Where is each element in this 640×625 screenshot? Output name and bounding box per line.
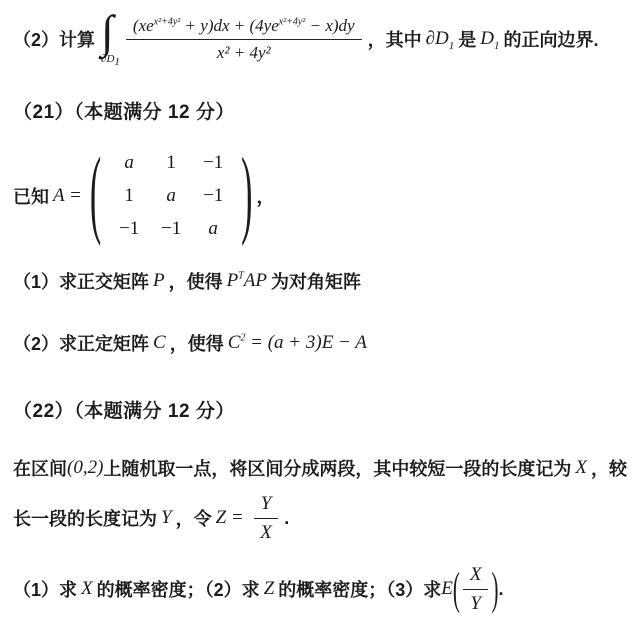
matrix-grid: a 1 −1 1 a −1 −1 −1 a	[108, 152, 234, 240]
problem21-q2-line: （2）求正定矩阵 C ，使得 C2 = (a + 3)E − A	[13, 330, 627, 356]
expectation-left-paren-icon: (	[453, 567, 460, 612]
region-main: D	[480, 28, 494, 49]
left-paren-icon: (	[90, 147, 101, 246]
p22-frac-den-X: X	[260, 519, 272, 544]
p22-Z-equals: Z =	[216, 507, 244, 529]
p20-fraction-denominator: x² + 4y²	[217, 40, 271, 63]
p21-q1-P2: P	[227, 270, 239, 291]
p20-fraction-numerator: (xex²+4y² + y)dx + (4yex²+4y² − x)dy	[126, 16, 362, 40]
problem22-header-line: （22）（本题满分 12 分）	[13, 396, 627, 423]
p20-mid-text: 是	[458, 26, 476, 52]
p21-q1-PTAP: PTAP	[227, 270, 267, 292]
boundary-main: ∂D	[426, 28, 449, 49]
p22-frac-num-Y: Y	[254, 493, 279, 519]
p21-q1-P: P	[153, 270, 165, 292]
p20-label: （2）计算	[13, 26, 95, 52]
region-index: 1	[494, 40, 500, 52]
p22-l1-text-a: 在区间	[13, 455, 67, 481]
p20-region-symbol: D1	[480, 28, 499, 50]
num-exponent2: x²+4y²	[279, 16, 306, 27]
integral-symbol: ∫ ∂D1	[101, 14, 120, 65]
matrix-cell-2-2: a	[208, 218, 218, 240]
p21-q1-AP: AP	[244, 270, 267, 291]
num-part2: + y)dx + (4ye	[180, 16, 278, 35]
boundary-index: 1	[449, 40, 455, 52]
p21-q1-text-b: ，使得	[169, 268, 223, 294]
p21-given-label: 已知	[13, 183, 49, 209]
p22-q-var-Z: Z	[264, 578, 275, 600]
problem22-questions-line: （1）求 X 的概率密度；（2）求 Z 的概率密度；（3）求 E ( X Y )…	[13, 564, 627, 615]
num-exponent1: x²+4y²	[154, 16, 181, 27]
matrix-cell-2-0: −1	[119, 218, 139, 240]
p20-fraction: (xex²+4y² + y)dx + (4yex²+4y² − x)dy x² …	[126, 16, 362, 63]
p21-q2-C: C	[153, 332, 166, 354]
p21-q1-text-c: 为对角矩阵	[271, 268, 361, 294]
problem21-header-line: （21）（本题满分 12 分）	[13, 97, 627, 124]
matrix-cell-1-1: a	[166, 185, 176, 207]
p22-var-X: X	[575, 457, 587, 479]
num-part1: (xe	[133, 16, 154, 35]
p22-fraction-YX: Y X	[254, 493, 279, 544]
integral-sub-index: 1	[114, 56, 120, 68]
matrix-cell-1-2: −1	[203, 185, 223, 207]
problem22-header: （22）（本题满分 12 分）	[13, 396, 235, 423]
p21-q2-C2: C	[228, 332, 241, 353]
num-part3: − x)dy	[305, 16, 354, 35]
exam-page: （2）计算 ∫ ∂D1 (xex²+4y² + y)dx + (4yex²+4y…	[0, 0, 640, 625]
problem21-header: （21）（本题满分 12 分）	[13, 97, 235, 124]
p21-q2-text-b: ，使得	[170, 330, 224, 356]
p21-q2-equation: C2 = (a + 3)E − A	[228, 332, 367, 354]
p22-q-frac-den-Y: Y	[470, 590, 481, 615]
p22-l1-text-b: 上随机取一点，将区间分成两段，其中较短一段的长度记为	[103, 455, 571, 481]
p22-q-E: E	[441, 578, 453, 600]
p22-q-text-c: 的概率密度；（3）求	[278, 576, 441, 602]
matrix-A: ( a 1 −1 1 a −1 −1 −1 a )	[90, 152, 253, 240]
problem20-part2-line: （2）计算 ∫ ∂D1 (xex²+4y² + y)dx + (4yex²+4y…	[13, 14, 627, 65]
p22-l1-text-c: ，较	[591, 455, 627, 481]
p20-boundary-symbol: ∂D1	[426, 28, 455, 50]
problem22-text-line1: 在区间 (0,2) 上随机取一点，将区间分成两段，其中较短一段的长度记为 X ，…	[13, 455, 627, 481]
p22-q-var-X: X	[81, 578, 93, 600]
p22-fraction-XY: X Y	[463, 564, 489, 615]
problem21-matrix-line: 已知 A = ( a 1 −1 1 a −1 −1 −1 a ) ，	[13, 152, 627, 240]
matrix-cell-1-0: 1	[124, 185, 134, 207]
p22-q-frac-num-X: X	[463, 564, 489, 590]
p22-var-Y: Y	[161, 507, 172, 529]
integral-sub-main: ∂D	[101, 53, 114, 65]
matrix-cell-0-1: 1	[166, 152, 176, 174]
p20-tail-text: 的正向边界.	[503, 26, 598, 52]
expectation-right-paren-icon: )	[491, 567, 498, 612]
matrix-cell-0-0: a	[124, 152, 134, 174]
problem22-text-line2: 长一段的长度记为 Y ，令 Z = Y X .	[13, 493, 627, 544]
matrix-cell-0-2: −1	[203, 152, 223, 174]
integral-glyph: ∫	[101, 14, 114, 50]
p21-q2-square: 2	[240, 333, 245, 344]
p22-q-text-a: （1）求	[13, 576, 77, 602]
p22-l2-text-b: ，令	[176, 505, 212, 531]
matrix-cell-2-1: −1	[161, 218, 181, 240]
p21-q1-text-a: （1）求正交矩阵	[13, 268, 149, 294]
p20-after-text: ，其中	[368, 26, 422, 52]
p22-q-period: .	[498, 579, 503, 600]
integral-subscript: ∂D1	[101, 53, 120, 65]
p21-q2-text-a: （2）求正定矩阵	[13, 330, 149, 356]
p21-q2-rhs: = (a + 3)E − A	[250, 332, 367, 353]
right-paren-icon: )	[241, 147, 252, 246]
p22-l2-period: .	[284, 508, 289, 529]
p22-l2-text-a: 长一段的长度记为	[13, 505, 157, 531]
p22-interval: (0,2)	[67, 457, 103, 479]
p22-q-text-b: 的概率密度；（2）求	[97, 576, 260, 602]
p21-matrix-lhs: A =	[53, 185, 82, 207]
problem21-q1-line: （1）求正交矩阵 P ，使得 PTAP 为对角矩阵	[13, 268, 627, 294]
p21-matrix-comma: ，	[257, 183, 275, 209]
